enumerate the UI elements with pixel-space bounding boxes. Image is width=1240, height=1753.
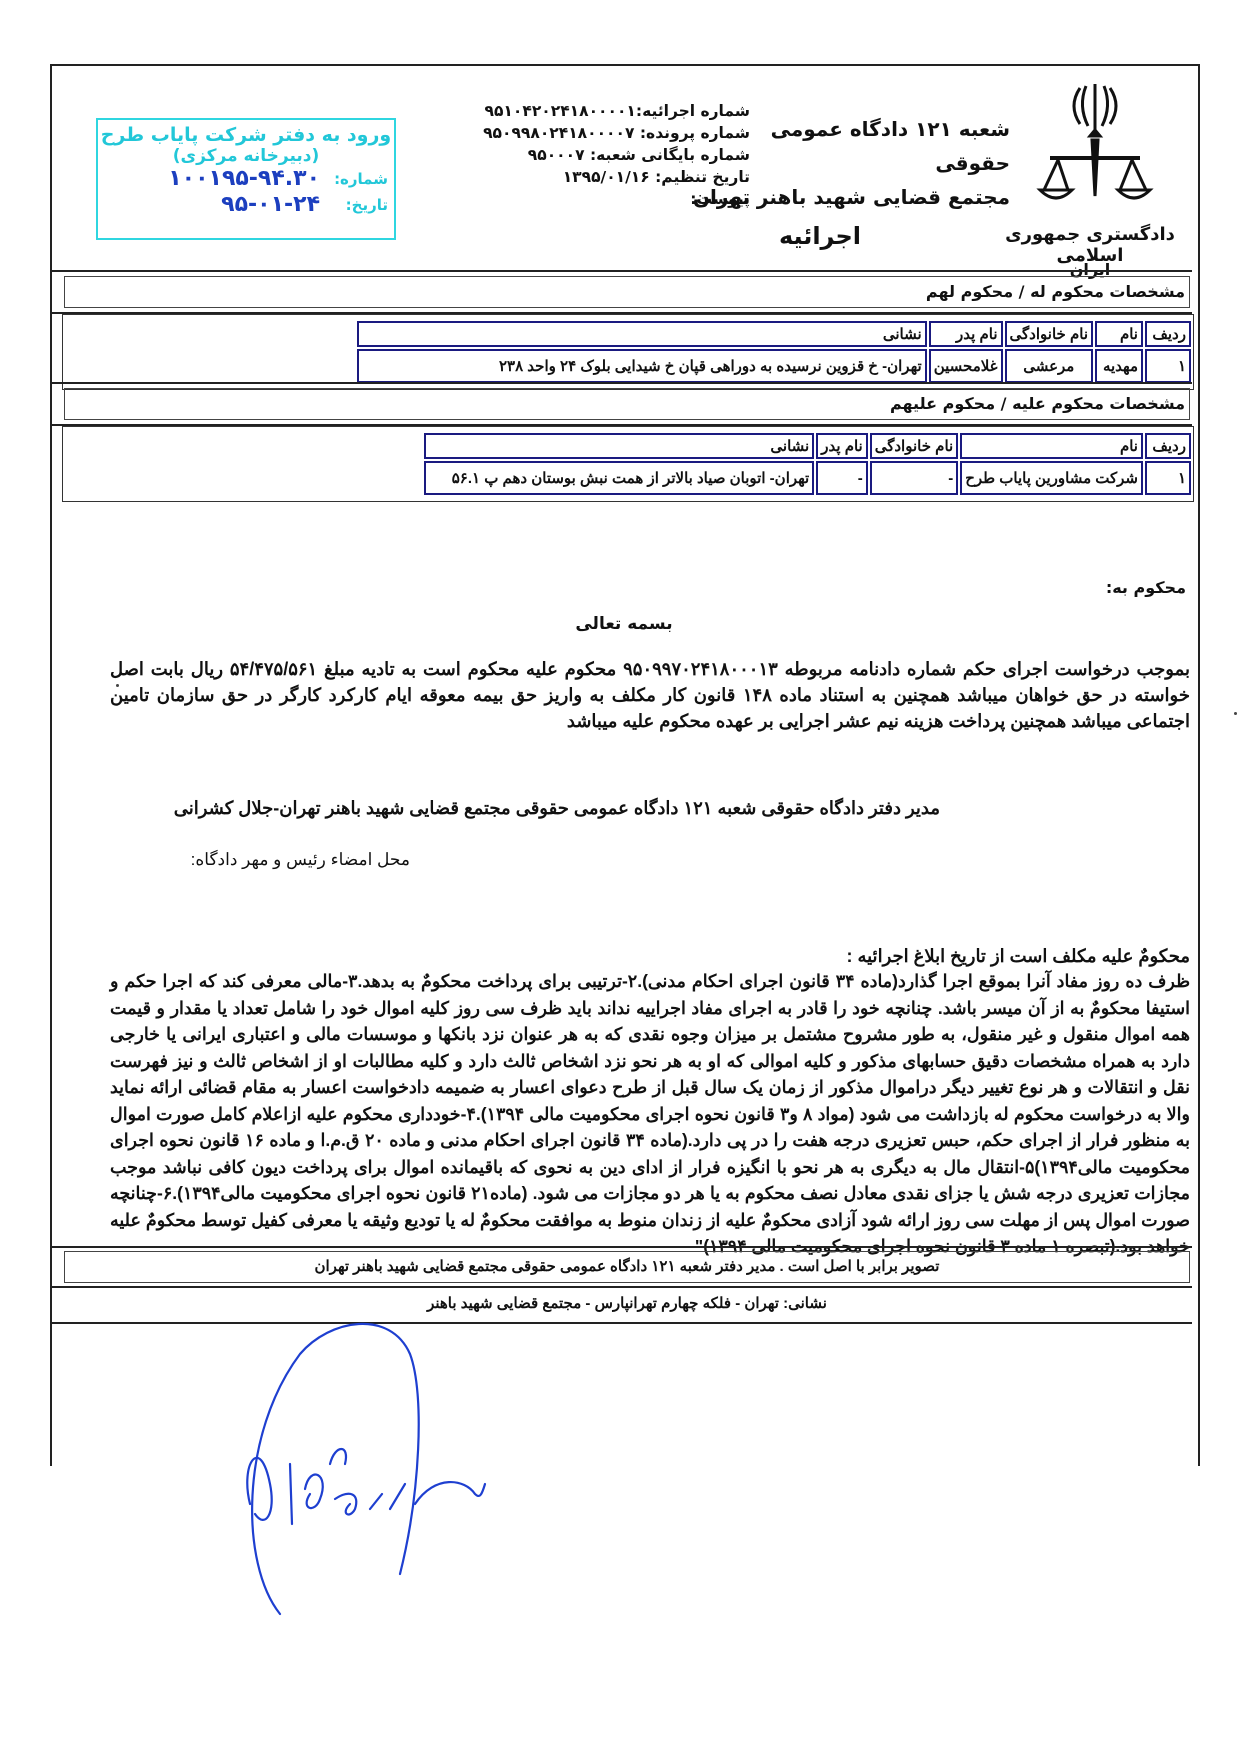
scan-speck (1234, 712, 1237, 715)
meta-issue-date: تاریخ تنظیم: ۱۳۹۵/۰۱/۱۶ (350, 166, 750, 188)
certification-text: تصویر برابر با اصل است . مدیر دفتر شعبه … (64, 1251, 1190, 1283)
stamp-title: ورود به دفتر شرکت پایاب طرح (98, 124, 394, 146)
stamp-date-row: تاریخ: ۹۵-۰۱-۲۴ (98, 192, 394, 218)
obligations-text: ظرف ده روز مفاد آنرا بموقع اجرا گذارد(ما… (110, 968, 1190, 1260)
defendant-table: ردیف نام نام خانوادگی نام پدر نشانی ۱ شر… (422, 431, 1193, 497)
seal-place: محل امضاء رئیس و مهر دادگاه: (110, 850, 410, 870)
address-bar: نشانی: تهران - فلکه چهارم تهرانپارس - مج… (52, 1286, 1192, 1324)
obligations-title: محکومٌ علیه مکلف است از تاریخ ابلاغ اجرا… (110, 946, 1190, 967)
scan-speck (116, 684, 119, 687)
stamp-number-value: ۱۰۰۱۹۵-۹۴.۳۰ (168, 166, 320, 191)
stamp-number-label: شماره: (334, 170, 388, 188)
basmala: بسمه تعالی (50, 614, 1198, 634)
table-header-row: ردیف نام نام خانوادگی نام پدر نشانی (424, 433, 1191, 459)
stamp-date-label: تاریخ: (346, 196, 388, 214)
judgment-text: بموجب درخواست اجرای حکم شماره دادنامه مر… (110, 656, 1190, 734)
judgment-label: محکوم به: (1106, 578, 1186, 597)
defendant-section-header: مشخصات محکوم علیه / محکوم علیهم (52, 382, 1192, 426)
plaintiff-section-title: مشخصات محکوم له / محکوم لهم (64, 276, 1190, 308)
table-header-row: ردیف نام نام خانوادگی نام پدر نشانی (357, 321, 1191, 347)
table-row: ۱ مهدیه مرعشی غلامحسین تهران- خ قزوین نر… (357, 349, 1191, 383)
meta-case-number: شماره پرونده: ۹۵۰۹۹۸۰۲۴۱۸۰۰۰۰۷ (350, 122, 750, 144)
court-address: نشانی: تهران - فلکه چهارم تهرانپارس - مج… (64, 1289, 1190, 1319)
receipt-stamp: ورود به دفتر شرکت پایاب طرح (دبیرخانه مر… (96, 118, 396, 240)
plaintiff-section-header: مشخصات محکوم له / محکوم لهم (52, 270, 1192, 314)
stamp-number-row: شماره: ۱۰۰۱۹۵-۹۴.۳۰ (98, 166, 394, 192)
meta-archive-number: شماره بایگانی شعبه: ۹۵۰۰۰۷ (350, 144, 750, 166)
stamp-date-value: ۹۵-۰۱-۲۴ (221, 192, 320, 217)
document-type: اجرائیه (690, 214, 1010, 258)
court-document: دادگستری جمهوری اسلامی ایران شعبه ۱۲۱ دا… (50, 64, 1198, 1464)
defendant-table-box: ردیف نام نام خانوادگی نام پدر نشانی ۱ شر… (62, 426, 1194, 502)
plaintiff-table: ردیف نام نام خانوادگی نام پدر نشانی ۱ مه… (355, 319, 1193, 385)
meta-attachment: پیوست: (350, 188, 750, 210)
meta-execution-number: شماره اجرائیه:۹۵۱۰۴۲۰۲۴۱۸۰۰۰۰۱ (350, 100, 750, 122)
stamp-subtitle: (دبیرخانه مرکزی) (98, 146, 394, 166)
plaintiff-table-box: ردیف نام نام خانوادگی نام پدر نشانی ۱ مه… (62, 314, 1194, 390)
clerk-signatory: مدیر دفتر دادگاه حقوقی شعبه ۱۲۱ دادگاه ع… (110, 798, 940, 819)
certification-bar: تصویر برابر با اصل است . مدیر دفتر شعبه … (52, 1246, 1192, 1288)
judiciary-emblem-icon (1030, 78, 1160, 208)
table-row: ۱ شرکت مشاورین پایاب طرح - - تهران- اتوب… (424, 461, 1191, 495)
document-meta: شماره اجرائیه:۹۵۱۰۴۲۰۲۴۱۸۰۰۰۰۱ شماره پرو… (350, 100, 750, 210)
defendant-section-title: مشخصات محکوم علیه / محکوم علیهم (64, 388, 1190, 420)
